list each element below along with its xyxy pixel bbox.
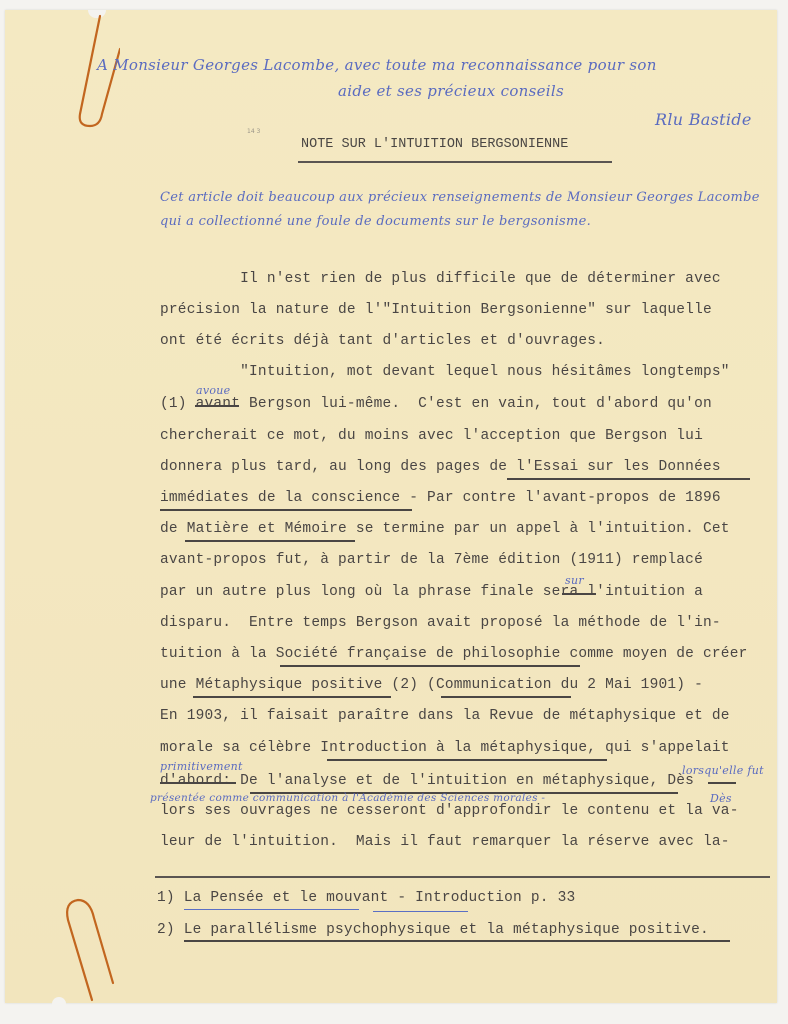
dedication-line-1: A Monsieur Georges Lacombe, avec toute m… — [97, 56, 657, 74]
underline-metaphysique-positive — [193, 696, 391, 698]
body-line: chercherait ce mot, du moins avec l'acce… — [160, 428, 703, 444]
body-line: par un autre plus long où la phrase fina… — [160, 584, 703, 600]
body-line: avant-propos fut, à partir de la 7ème éd… — [160, 552, 703, 568]
body-line: En 1903, il faisait paraître dans la Rev… — [160, 708, 730, 724]
title-underline — [298, 161, 612, 163]
underline-immediates — [160, 509, 412, 511]
margin-note-below: présentée comme communication à l'Académ… — [150, 792, 545, 804]
correction-des: Dès — [710, 792, 732, 805]
margin-note-right: lorsqu'elle fut — [682, 764, 764, 777]
footnote-2-underline — [184, 940, 730, 942]
body-line: ont été écrits déjà tant d'articles et d… — [160, 333, 605, 349]
page-mark: 14 3 — [247, 128, 260, 135]
correction-primitivement: primitivement — [160, 760, 243, 773]
footnote-1-underline-b — [373, 911, 468, 912]
body-line: de Matière et Mémoire se termine par un … — [160, 521, 730, 537]
body-line: précision la nature de l'"Intuition Berg… — [160, 302, 712, 318]
strike-dabord — [160, 782, 236, 784]
paperclip-bottom-icon — [60, 888, 120, 1008]
body-line: une Métaphysique positive (2) (Communica… — [160, 677, 703, 693]
body-line: disparu. Entre temps Bergson avait propo… — [160, 615, 721, 631]
underline-essai — [507, 478, 750, 480]
underline-communication — [441, 696, 571, 698]
footnote-separator — [155, 876, 770, 878]
page-title: NOTE SUR L'INTUITION BERGSONIENNE — [301, 137, 568, 152]
signature: Rlu Bastide — [655, 110, 752, 129]
underline-introduction — [327, 759, 607, 761]
correction-sur: sur — [565, 574, 584, 587]
strike-des — [708, 782, 736, 784]
dedication-line-2: aide et ses précieux conseils — [338, 82, 564, 100]
strike-sera — [562, 593, 596, 595]
body-line: lors ses ouvrages ne cesseront d'approfo… — [160, 803, 739, 819]
underline-societe — [280, 665, 580, 667]
handwritten-note-line-1: Cet article doit beaucoup aux précieux r… — [160, 190, 760, 205]
body-line: (1) avant Bergson lui-même. C'est en vai… — [160, 396, 712, 412]
body-line: donnera plus tard, au long des pages de … — [160, 459, 721, 475]
footnote-1: 1) La Pensée et le mouvant - Introductio… — [157, 890, 575, 906]
correction-avoue: avoue — [196, 384, 231, 397]
body-line: leur de l'intuition. Mais il faut remarq… — [160, 834, 730, 850]
body-line: morale sa célèbre Introduction à la méta… — [160, 740, 730, 756]
strike-avant — [195, 405, 239, 407]
body-line: Il n'est rien de plus difficile que de d… — [160, 271, 721, 287]
body-line: tuition à la Société française de philos… — [160, 646, 748, 662]
underline-matiere — [185, 540, 355, 542]
body-line: "Intuition, mot devant lequel nous hésit… — [160, 364, 730, 380]
body-line: immédiates de la conscience - Par contre… — [160, 490, 721, 506]
footnote-1-underline-a — [184, 909, 359, 910]
document-page — [5, 10, 777, 1003]
footnote-2: 2) Le parallélisme psychophysique et la … — [157, 922, 709, 938]
handwritten-note-line-2: qui a collectionné une foule de document… — [160, 214, 591, 229]
body-line: d'abord: De l'analyse et de l'intuition … — [160, 773, 694, 789]
